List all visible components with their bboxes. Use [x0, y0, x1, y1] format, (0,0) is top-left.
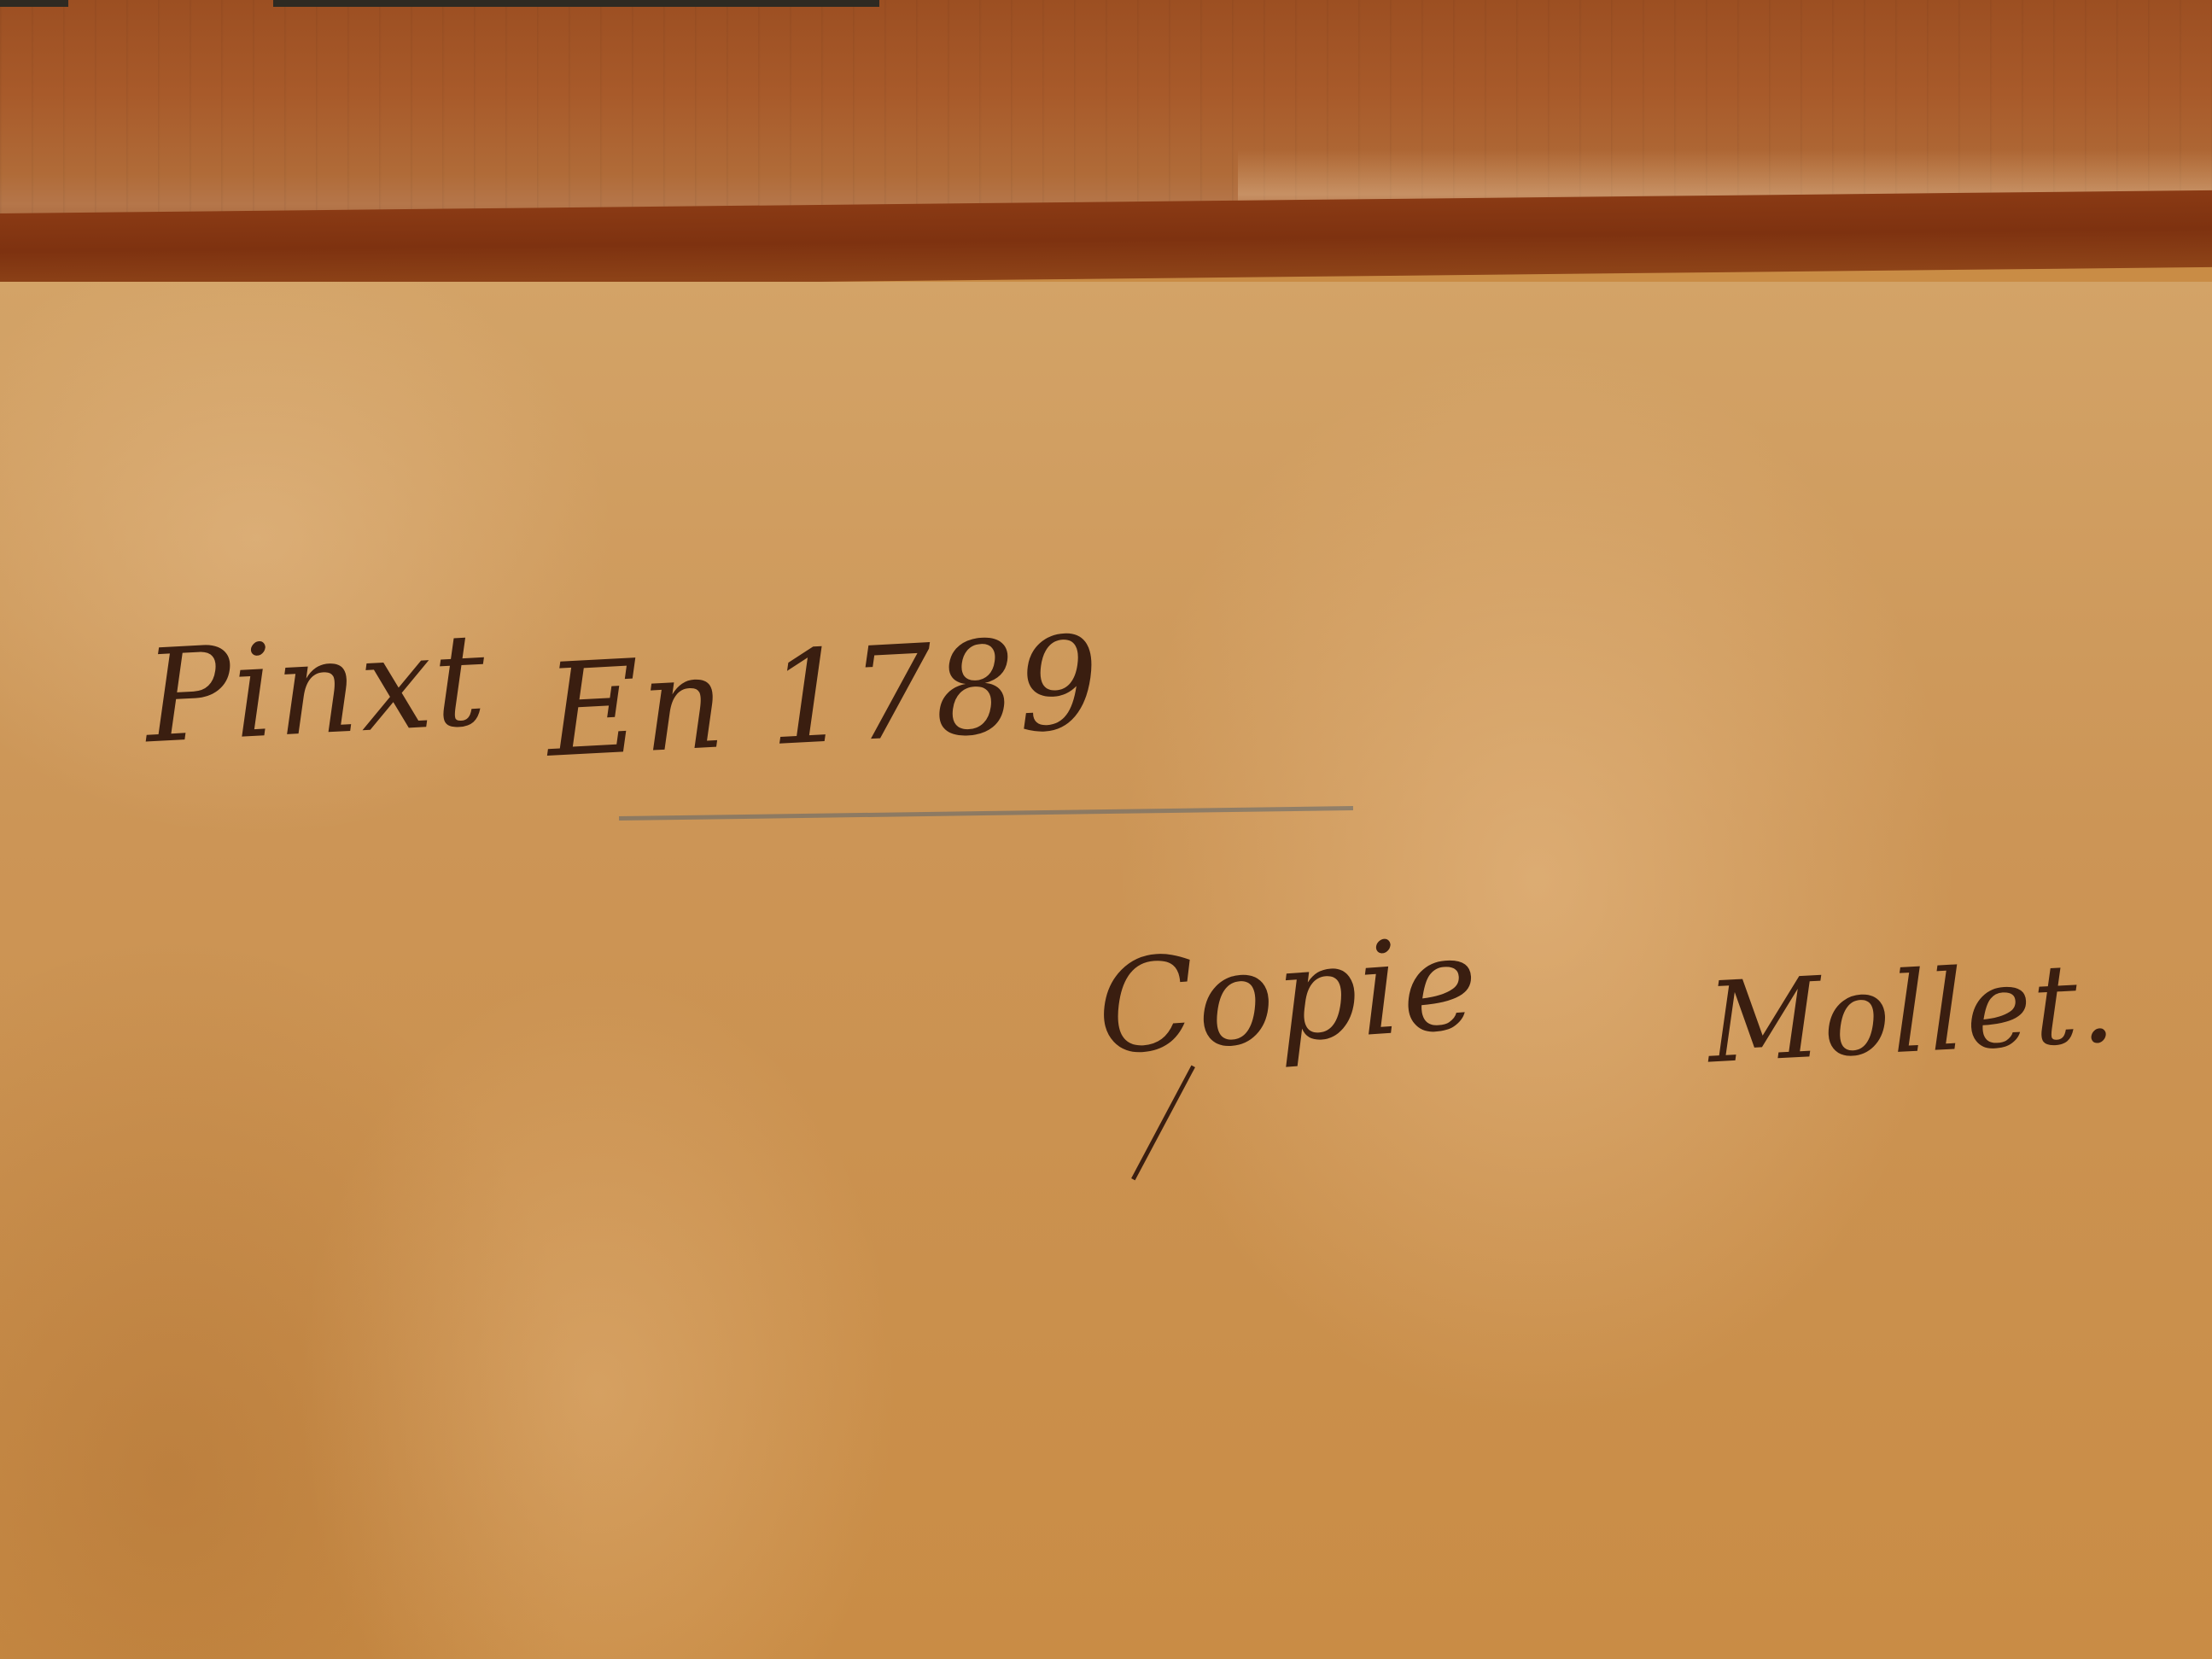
- inscription-date: En 1789: [543, 609, 1105, 786]
- inscription-signature-mollet: Mollet.: [1704, 938, 2119, 1089]
- frame-top-strip: [0, 0, 68, 7]
- inscription-copie: Copie: [1092, 909, 1484, 1084]
- frame-top-strip: [273, 0, 879, 7]
- inscription-pinxt: Pinxt: [142, 606, 491, 773]
